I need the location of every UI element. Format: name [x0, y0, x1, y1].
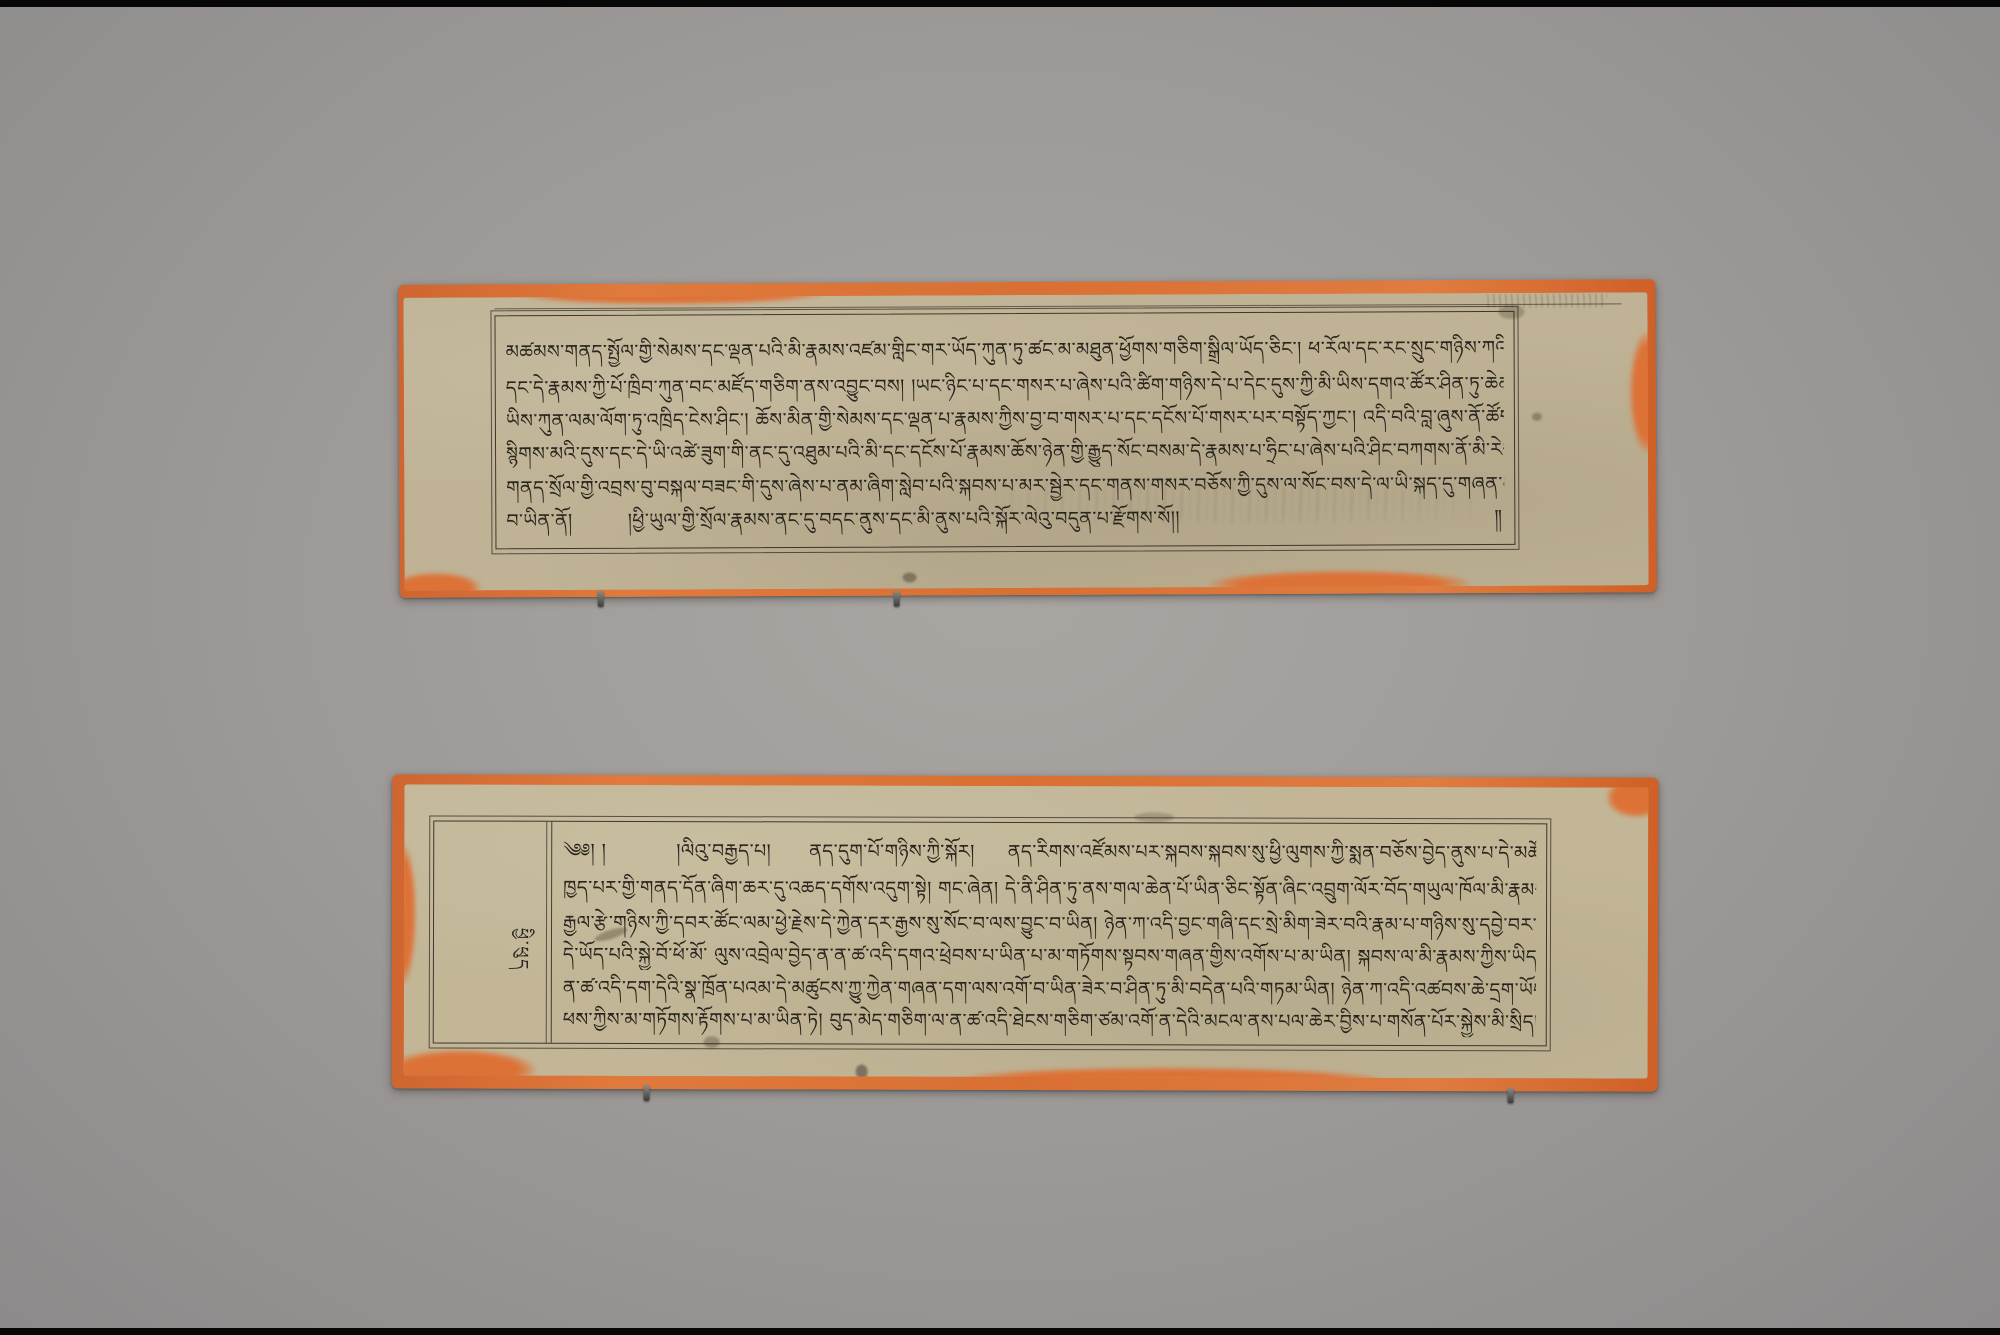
text-line-1-incipit: ༄༅། ། །ལིའུ་བརྒྱད་པ། ནད་དུག་པོ་གཉིས་ཀྱི་…: [563, 836, 1536, 869]
photograph-of-tibetan-pecha-leaves: མཚམས་གནད་སྤྱོལ་གྱི་སེམས་དང་ལྡན་པའི་མི་རྣ…: [0, 0, 2000, 1335]
text-line-2: དང་དེ་རྣམས་ཀྱི་པོ་ཁྲིབ་ཀུན་བང་མཛོད་གཅིག་…: [506, 369, 1504, 403]
chapter-title: །ལིའུ་བརྒྱད་པ།: [676, 836, 771, 866]
erased-text-patch: [994, 477, 1472, 525]
section-title: ནད་དུག་པོ་གཉིས་ཀྱི་སྐོར།: [809, 836, 975, 866]
dye-blotch: [403, 572, 480, 590]
mounting-pin: [598, 591, 604, 607]
paper-top-leaf: མཚམས་གནད་སྤྱོལ་གྱི་སེམས་དང་ལྡན་པའི་མི་རྣ…: [403, 292, 1648, 590]
photo-bottom-border: [0, 1328, 2000, 1335]
manuscript-leaf-top: མཚམས་གནད་སྤྱོལ་གྱི་སེམས་དང་ལྡན་པའི་མི་རྣ…: [398, 279, 1656, 597]
double-shad-end-mark: ༎: [1494, 502, 1504, 532]
photo-top-border: [0, 0, 2000, 7]
mounting-pin: [644, 1085, 650, 1101]
paper-stain: [856, 1065, 868, 1079]
mounting-pin: [894, 591, 900, 607]
line-1-continuation: ནད་རིགས་འཛོམས་པར་སྐབས་སྐབས་སུ་ཕྱི་ལུགས་ཀ…: [1008, 837, 1536, 868]
mounting-pin: [1508, 1087, 1514, 1103]
paper-stain: [1532, 413, 1542, 421]
text-line-1: མཚམས་གནད་སྤྱོལ་གྱི་སེམས་དང་ལྡན་པའི་མི་རྣ…: [506, 333, 1504, 367]
yig-mgo-head-ornament: ༄༅། །: [563, 836, 606, 866]
dye-blotch: [1630, 332, 1649, 452]
text-line-3: ཡིས་ཀུན་ལམ་ལོག་ཏུ་འཁྲིད་ངེས་ཤིང་། ཆོས་མི…: [506, 402, 1504, 436]
dye-blotch: [404, 844, 417, 984]
text-line-4: སྙིགས་མའི་དུས་དང་དེ་ཡི་འཚེ་ཟུག་གི་ནང་དུ་…: [506, 435, 1504, 469]
paper-bottom-leaf: ཕྱི་ཕུད ༄༅། ། །ལིའུ་བརྒྱད་པ། ནད་དུག་པོ་ག…: [404, 784, 1649, 1078]
text-area: ༄༅། ། །ལིའུ་བརྒྱད་པ། ནད་དུག་པོ་གཉིས་ཀྱི་…: [553, 822, 1547, 1046]
margin-title-cell: ཕྱི་ཕུད: [434, 821, 553, 1042]
manuscript-leaf-bottom: ཕྱི་ཕུད ༄༅། ། །ལིའུ་བརྒྱད་པ། ནད་དུག་པོ་ག…: [392, 774, 1659, 1091]
dye-blotch: [404, 1049, 536, 1078]
text-frame-top-leaf: མཚམས་གནད་སྤྱོལ་གྱི་སེམས་དང་ལྡན་པའི་མི་རྣ…: [494, 311, 1515, 549]
text-line-5: ན་ཚ་འདི་དག་དེའི་སྣ་ཁྲོན་པའམ་དེ་མཚུངས་ཀྱུ…: [563, 973, 1536, 1006]
vertical-margin-title: ཕྱི་ཕུད: [494, 928, 542, 971]
dye-blotch: [964, 1067, 1384, 1079]
text-line-4: དེ་ཡོད་པའི་སྐྱེ་བོ་ཕོ་མོ་ ལུས་འབྲེལ་བྱེད…: [563, 940, 1536, 973]
text-frame-bottom-leaf: ཕྱི་ཕུད ༄༅། ། །ལིའུ་བརྒྱད་པ། ནད་དུག་པོ་ག…: [433, 820, 1548, 1046]
dye-blotch: [1606, 784, 1648, 817]
colophon-start: བ་ཡིན་ནོ།: [506, 506, 572, 536]
paper-stain: [903, 572, 917, 582]
text-line-2: ཁྱད་པར་གྱི་གནད་དོན་ཞིག་ཆར་དུ་འཆད་དགོས་འད…: [563, 873, 1536, 906]
text-line-3: རྒྱལ་རྩེ་གཉིས་ཀྱི་དབར་ཚོང་ལམ་ཕྱེ་རྗེས་དེ…: [563, 908, 1536, 941]
text-line-6: ཕས་ཀྱིས་མ་གཏོགས་རྟོགས་པ་མ་ཡིན་ཏེ། བུད་མེ…: [563, 1005, 1536, 1038]
